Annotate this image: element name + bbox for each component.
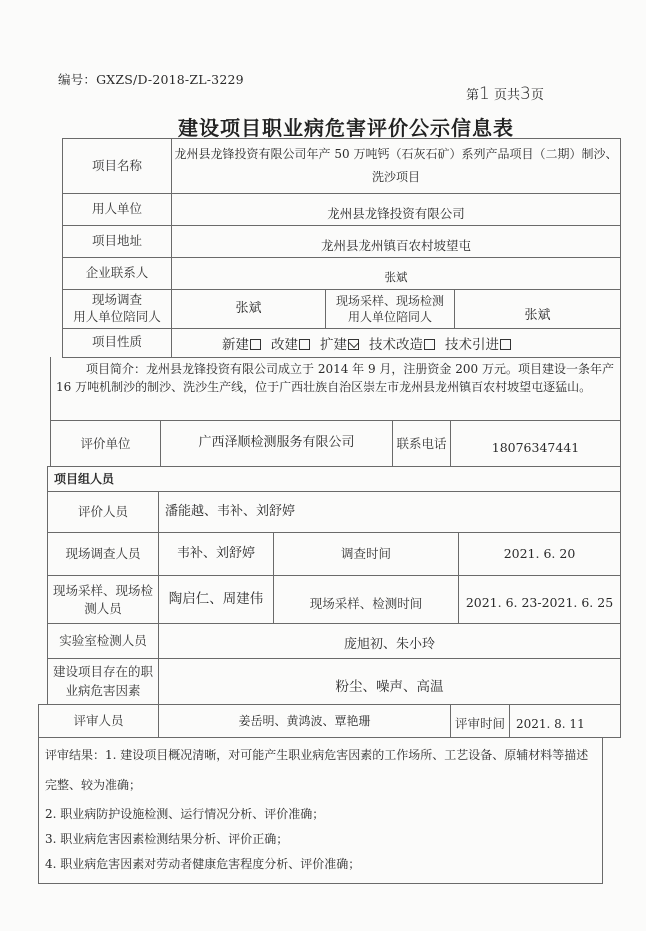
sampling-escort-label-line1: 现场采样、现场检测 [336, 293, 444, 309]
results-line5: 4. 职业病危害因素对劳动者健康危害程度分析、评价准确； [45, 855, 360, 872]
intro-line2: 16 万吨机制沙的制沙、洗沙生产线，位于广西壮族自治区崇左市龙州县龙州镇百农村坡… [56, 378, 591, 397]
review-time-label: 评审时间 [450, 704, 510, 738]
employer-label: 用人单位 [62, 193, 172, 226]
samplers-value: 陶启仁、周建伟 [158, 575, 274, 624]
samplers-label-line1: 现场采样、现场检 [53, 582, 153, 600]
nature-option-tech-import[interactable]: 技术引进 [445, 335, 521, 356]
evaluator-unit-value: 广西泽顺检测服务有限公司 [160, 420, 393, 467]
page-indicator: 第1 页共3页 [466, 84, 544, 104]
evaluators-value: 潘能越、韦补、刘舒婷 [158, 491, 621, 533]
survey-escort-value: 张斌 [171, 289, 326, 329]
contact-value: 张斌 [171, 257, 621, 290]
page-prefix: 第 [466, 88, 479, 103]
nature-label: 项目性质 [62, 328, 172, 358]
reviewers-value: 姜岳明、黄鸿波、覃艳珊 [158, 704, 451, 738]
results-line2: 完整、较为准确； [45, 776, 141, 793]
checkbox-icon[interactable] [424, 339, 435, 350]
surveyors-label: 现场调查人员 [47, 532, 159, 576]
page-current: 1 [479, 84, 490, 104]
nature-option-expand-label: 扩建 [320, 337, 347, 353]
nature-option-rebuild[interactable]: 改建 [271, 335, 320, 356]
hazards-label-line1: 建设项目存在的职 [53, 663, 153, 681]
sampling-time-label: 现场采样、检测时间 [273, 575, 459, 624]
team-section-label: 项目组人员 [47, 466, 621, 492]
survey-time-value: 2021. 6. 20 [458, 532, 621, 576]
sampling-time-value: 2021. 6. 23-2021. 6. 25 [458, 575, 621, 624]
nature-option-new-label: 新建 [222, 337, 249, 353]
phone-label: 联系电话 [392, 420, 451, 467]
phone-value: 18076347441 [450, 420, 621, 467]
nature-options: 新建 改建 扩建 技术改造 技术引进 [171, 328, 621, 358]
checkbox-icon[interactable] [250, 339, 261, 350]
address-value: 龙州县龙州镇百农村坡望屯 [171, 225, 621, 258]
page-total: 3 [520, 84, 531, 104]
nature-option-tech-upgrade-label: 技术改造 [369, 337, 423, 353]
nature-option-tech-import-label: 技术引进 [445, 337, 499, 353]
survey-escort-label: 现场调查 用人单位陪同人 [62, 289, 172, 329]
results-line4: 3. 职业病危害因素检测结果分析、评价正确； [45, 830, 288, 847]
address-label: 项目地址 [62, 225, 172, 258]
nature-option-rebuild-label: 改建 [271, 337, 298, 353]
nature-option-expand[interactable]: 扩建 [320, 335, 369, 356]
surveyors-value: 韦补、刘舒婷 [158, 532, 274, 576]
reviewers-label: 评审人员 [38, 704, 159, 738]
evaluators-label: 评价人员 [47, 491, 159, 533]
intro-line1: 项目简介：龙州县龙锋投资有限公司成立于 2014 年 9 月，注册资金 200 … [86, 360, 614, 379]
document-number: 编号：GXZS/D-2018-ZL-3229 [58, 70, 244, 88]
checkbox-icon[interactable] [500, 339, 511, 350]
page-suffix: 页 [531, 88, 544, 103]
lab-value: 庞旭初、朱小玲 [158, 623, 621, 659]
samplers-label: 现场采样、现场检 测人员 [47, 575, 159, 624]
evaluator-unit-label: 评价单位 [50, 420, 161, 467]
project-name-line2: 洗沙项目 [372, 168, 420, 187]
lab-label: 实验室检测人员 [47, 623, 159, 659]
checkbox-checked-icon[interactable] [348, 339, 359, 350]
nature-option-new[interactable]: 新建 [222, 335, 271, 356]
survey-time-label: 调查时间 [273, 532, 459, 576]
project-name-label: 项目名称 [62, 138, 172, 194]
survey-escort-label-line1: 现场调查 [92, 292, 142, 309]
review-results: 评审结果：1. 建设项目概况清晰，对可能产生职业病危害因素的工作场所、工艺设备、… [38, 737, 603, 884]
sampling-escort-label: 现场采样、现场检测 用人单位陪同人 [325, 289, 455, 329]
nature-option-tech-upgrade[interactable]: 技术改造 [369, 335, 445, 356]
review-time-value: 2021. 8. 11 [509, 704, 621, 738]
page-mid: 页共 [494, 88, 520, 103]
employer-value: 龙州县龙锋投资有限公司 [171, 193, 621, 226]
sampling-escort-value: 张斌 [454, 289, 621, 329]
hazards-label: 建设项目存在的职 业病危害因素 [47, 658, 159, 705]
results-line1: 评审结果：1. 建设项目概况清晰，对可能产生职业病危害因素的工作场所、工艺设备、… [45, 746, 588, 763]
hazards-label-line2: 业病危害因素 [65, 682, 140, 700]
samplers-label-line2: 测人员 [84, 600, 122, 618]
project-name-value: 龙州县龙锋投资有限公司年产 50 万吨钙（石灰石矿）系列产品项目（二期）制沙、 … [171, 138, 621, 194]
hazards-value: 粉尘、噪声、高温 [158, 658, 621, 705]
results-line3: 2. 职业病防护设施检测、运行情况分析、评价准确； [45, 805, 324, 822]
survey-escort-label-line2: 用人单位陪同人 [73, 309, 161, 326]
project-name-line1: 龙州县龙锋投资有限公司年产 50 万吨钙（石灰石矿）系列产品项目（二期）制沙、 [175, 145, 618, 164]
sampling-escort-label-line2: 用人单位陪同人 [348, 309, 432, 325]
contact-label: 企业联系人 [62, 257, 172, 290]
checkbox-icon[interactable] [299, 339, 310, 350]
page-title: 建设项目职业病危害评价公示信息表 [178, 112, 514, 141]
